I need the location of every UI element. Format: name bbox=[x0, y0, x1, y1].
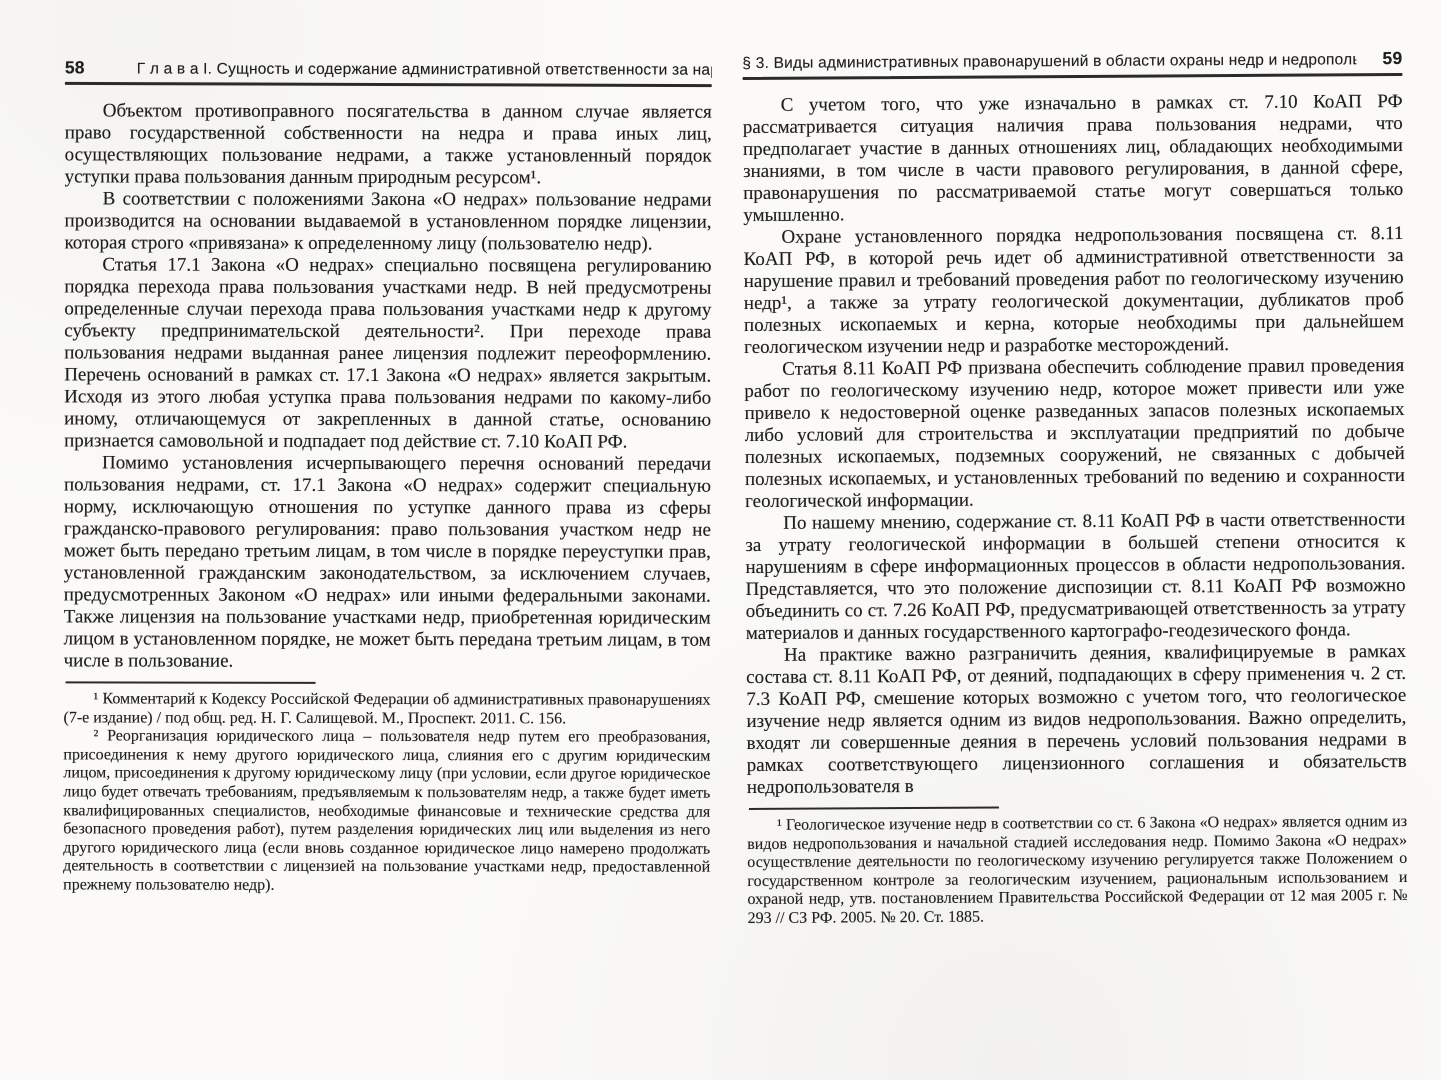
paragraph: Помимо установления исчерпывающего переч… bbox=[64, 452, 711, 673]
page-58-footnotes: ¹ Комментарий к Кодексу Российской Федер… bbox=[63, 690, 710, 896]
footnote-separator-left bbox=[66, 681, 316, 684]
page-59-footnotes: ¹ Геологическое изучение недр в соответс… bbox=[747, 813, 1408, 929]
book-scan: 58 Г л а в а I. Сущность и содержание ад… bbox=[0, 0, 1441, 1080]
page-58-running-header: 58 Г л а в а I. Сущность и содержание ад… bbox=[65, 57, 712, 79]
running-title-right: § 3. Виды административных правонарушени… bbox=[742, 51, 1356, 73]
paragraph: На практике важно разграничить деяния, к… bbox=[746, 641, 1407, 799]
page-59-body: С учетом того, что уже изначально в рамк… bbox=[743, 91, 1407, 799]
page-59-running-header: § 3. Виды административных правонарушени… bbox=[742, 48, 1402, 73]
page-number-right: 59 bbox=[1382, 48, 1402, 69]
paragraph: Охране установленного порядка недропольз… bbox=[743, 223, 1404, 359]
footnote: ² Реорганизация юридического лица – поль… bbox=[63, 728, 710, 897]
footnote-separator-right bbox=[749, 806, 999, 810]
paragraph: В соответствии с положениями Закона «О н… bbox=[64, 188, 711, 255]
header-rule-left bbox=[65, 82, 712, 87]
footnote: ¹ Геологическое изучение недр в соответс… bbox=[747, 813, 1408, 929]
page-58: 58 Г л а в а I. Сущность и содержание ад… bbox=[63, 57, 712, 896]
paragraph: С учетом того, что уже изначально в рамк… bbox=[743, 91, 1404, 227]
header-rule-right bbox=[742, 73, 1402, 80]
page-58-body: Объектом противоправного посягательства … bbox=[64, 100, 712, 673]
running-title-left: Г л а в а I. Сущность и содержание админ… bbox=[137, 60, 712, 79]
footnote: ¹ Комментарий к Кодексу Российской Федер… bbox=[63, 690, 710, 729]
page-59: § 3. Виды административных правонарушени… bbox=[742, 48, 1407, 929]
page-number-left: 58 bbox=[65, 57, 85, 78]
paragraph: Статья 8.11 КоАП РФ призвана обеспечить … bbox=[744, 355, 1405, 513]
paragraph: Статья 17.1 Закона «О недрах» специально… bbox=[64, 254, 711, 453]
paragraph: Объектом противоправного посягательства … bbox=[65, 100, 712, 189]
paragraph: По нашему мнению, содержание ст. 8.11 Ко… bbox=[745, 509, 1406, 645]
